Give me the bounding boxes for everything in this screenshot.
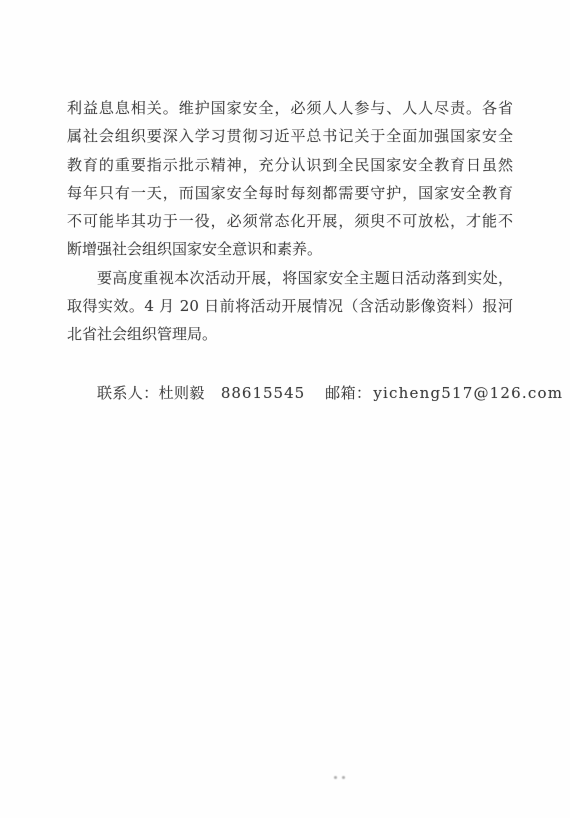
body-line: 每年只有一天，而国家安全每时每刻都需要守护，国家安全教育 — [67, 179, 513, 207]
contact-email: yicheng517@126.com — [373, 384, 563, 402]
body-line: 不可能毕其功于一役，必须常态化开展，须臾不可放松，才能不 — [67, 207, 513, 235]
page-footer-scan-marks — [334, 776, 350, 780]
body-line: 北省社会组织管理局。 — [67, 320, 513, 348]
contact-info-line: 联系人：杜则毅88615545邮箱：yicheng517@126.com — [67, 379, 513, 407]
scanned-document-page: 利益息息相关。维护国家安全，必须人人参与、人人尽责。各省 属社会组织要深入学习贯… — [0, 0, 570, 818]
contact-name: 杜则毅 — [159, 384, 205, 402]
body-line: 利益息息相关。维护国家安全，必须人人参与、人人尽责。各省 — [67, 94, 513, 122]
contact-email-label: 邮箱： — [325, 384, 371, 402]
document-body: 利益息息相关。维护国家安全，必须人人参与、人人尽责。各省 属社会组织要深入学习贯… — [67, 94, 513, 407]
body-line: 属社会组织要深入学习贯彻习近平总书记关于全面加强国家安全 — [67, 122, 513, 150]
body-line: 教育的重要指示批示精神，充分认识到全民国家安全教育日虽然 — [67, 151, 513, 179]
body-line: 断增强社会组织国家安全意识和素养。 — [67, 235, 513, 263]
scan-dot — [342, 776, 345, 779]
contact-phone: 88615545 — [221, 384, 305, 402]
scan-dot — [334, 776, 337, 779]
contact-label: 联系人： — [97, 384, 159, 402]
body-line: 取得实效。4 月 20 日前将活动开展情况（含活动影像资料）报河 — [67, 292, 513, 320]
body-line: 要高度重视本次活动开展，将国家安全主题日活动落到实处， — [67, 264, 513, 292]
